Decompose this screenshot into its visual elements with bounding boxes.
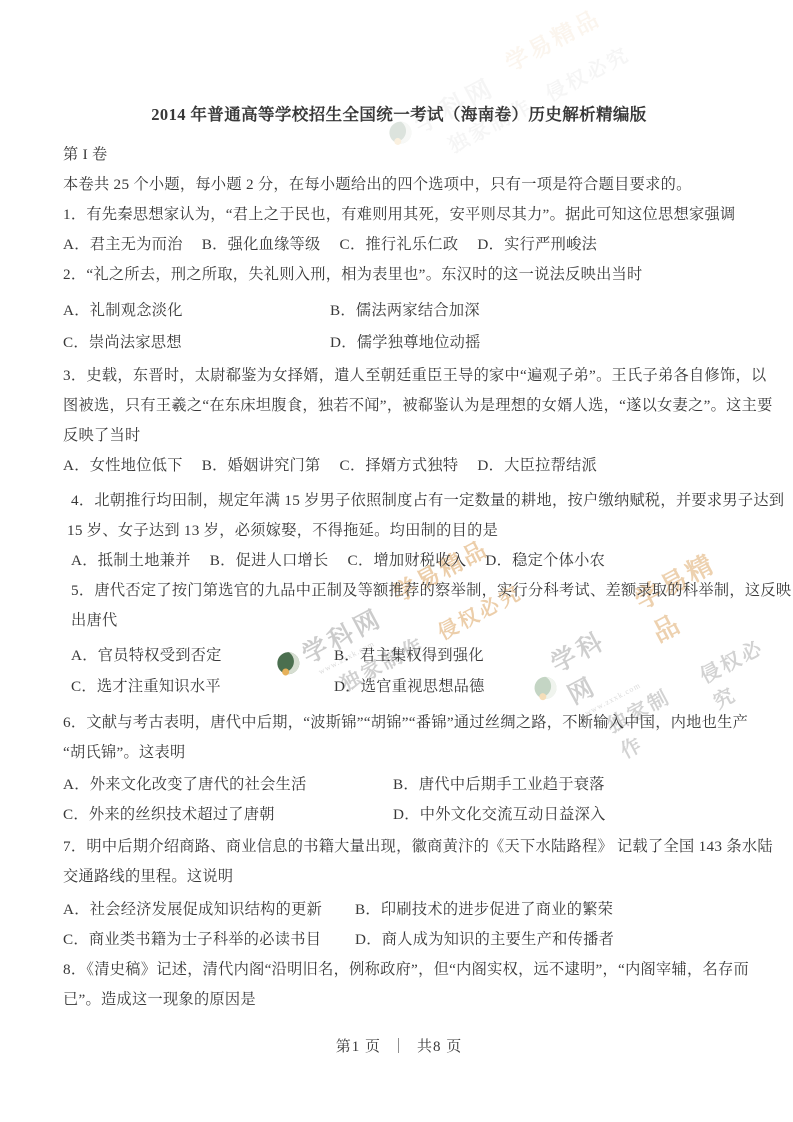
question-stem: 3．史载，东晋时，太尉郗鉴为女择婿，遣人至朝廷重臣王导的家中“遍观子弟”。王氏子… — [63, 361, 735, 391]
question-options: A．社会经济发展促成知识结构的更新 B．印刷技术的进步促进了商业的繁荣 — [63, 895, 735, 925]
question-3: 3．史载，东晋时，太尉郗鉴为女择婿，遣人至朝廷重臣王导的家中“遍观子弟”。王氏子… — [63, 361, 735, 481]
question-stem: 1．有先秦思想家认为，“君上之于民也，有难则用其死，安平则尽其力”。据此可知这位… — [63, 200, 735, 230]
option-b: B．强化血缘等级 — [202, 230, 321, 260]
option-a: A．外来文化改变了唐代的社会生活 — [63, 770, 393, 800]
option-d: D．儒学独尊地位动摇 — [330, 328, 481, 358]
question-stem: 4．北朝推行均田制，规定年满 15 岁男子依照制度占有一定数量的耕地，按户缴纳赋… — [71, 486, 735, 516]
question-5: 5．唐代否定了按门第选官的九品中正制及等额推荐的察举制，实行分科考试、差额录取的… — [63, 576, 735, 702]
option-b: B．促进人口增长 — [210, 546, 329, 576]
option-a: A．女性地位低下 — [63, 451, 183, 481]
option-c: C．选才注重知识水平 — [71, 672, 334, 702]
question-stem: 8．《清史稿》记述，清代内阁“沿明旧名，例称政府”，但“内阁实权，远不逮明”，“… — [63, 955, 735, 985]
question-stem: 15 岁、女子达到 13 岁，必须嫁娶，不得拖延。均田制的目的是 — [67, 516, 735, 546]
option-b: B．印刷技术的进步促进了商业的繁荣 — [355, 895, 613, 925]
option-a: A．社会经济发展促成知识结构的更新 — [63, 895, 355, 925]
question-options: C．崇尚法家思想 D．儒学独尊地位动摇 — [63, 328, 735, 358]
question-4: 4．北朝推行均田制，规定年满 15 岁男子依照制度占有一定数量的耕地，按户缴纳赋… — [63, 486, 735, 576]
option-c: C．增加财税收入 — [348, 546, 467, 576]
option-b: B．唐代中后期手工业趋于衰落 — [393, 770, 605, 800]
question-7: 7．明中后期介绍商路、商业信息的书籍大量出现，徽商黄汴的《天下水陆路程》 记载了… — [63, 832, 735, 955]
option-a: A．官员特权受到否定 — [71, 641, 334, 671]
exam-instructions: 本卷共 25 个小题，每小题 2 分，在每小题给出的四个选项中，只有一项是符合题… — [63, 170, 735, 200]
question-stem: 出唐代 — [71, 606, 735, 636]
option-c: C．商业类书籍为士子科举的必读书目 — [63, 925, 355, 955]
option-c: C．外来的丝织技术超过了唐朝 — [63, 800, 393, 830]
question-options: A．外来文化改变了唐代的社会生活 B．唐代中后期手工业趋于衰落 — [63, 770, 735, 800]
section-heading: 第 I 卷 — [63, 140, 735, 170]
question-stem: 2．“礼之所去，刑之所取，失礼则入刑，相为表里也”。东汉时的这一说法反映出当时 — [63, 260, 735, 290]
question-options: C．选才注重知识水平 D．选官重视思想品德 — [71, 672, 735, 702]
question-stem: 反映了当时 — [63, 421, 735, 451]
question-stem: 7．明中后期介绍商路、商业信息的书籍大量出现，徽商黄汴的《天下水陆路程》 记载了… — [63, 832, 735, 862]
document-body: 2014 年普通高等学校招生全国统一考试（海南卷）历史解析精编版 第 I 卷 本… — [0, 0, 793, 1062]
question-6: 6．文献与考古表明，唐代中后期，“波斯锦”“胡锦”“番锦”通过丝绸之路，不断输入… — [63, 708, 735, 830]
option-b: B．婚姻讲究门第 — [202, 451, 321, 481]
footer-divider: ｜ — [391, 1039, 407, 1055]
question-options: A．抵制土地兼并 B．促进人口增长 C．增加财税收入 D．稳定个体小农 — [71, 546, 735, 576]
question-stem: “胡氏锦”。这表明 — [63, 738, 735, 768]
question-1: 1．有先秦思想家认为，“君上之于民也，有难则用其死，安平则尽其力”。据此可知这位… — [63, 200, 735, 260]
question-2: 2．“礼之所去，刑之所取，失礼则入刑，相为表里也”。东汉时的这一说法反映出当时 … — [63, 260, 735, 358]
question-stem: 5．唐代否定了按门第选官的九品中正制及等额推荐的察举制，实行分科考试、差额录取的… — [71, 576, 735, 606]
option-c: C．推行礼乐仁政 — [340, 230, 459, 260]
question-stem: 6．文献与考古表明，唐代中后期，“波斯锦”“胡锦”“番锦”通过丝绸之路，不断输入… — [63, 708, 735, 738]
option-b: B．君主集权得到强化 — [334, 641, 484, 671]
question-options: A．官员特权受到否定 B．君主集权得到强化 — [71, 641, 735, 671]
option-d: D．大臣拉帮结派 — [477, 451, 597, 481]
option-c: C．崇尚法家思想 — [63, 328, 330, 358]
footer-current-page: 第1 页 — [336, 1039, 381, 1055]
page-title: 2014 年普通高等学校招生全国统一考试（海南卷）历史解析精编版 — [63, 102, 735, 128]
question-stem: 交通路线的里程。这说明 — [63, 862, 735, 892]
footer-total-pages: 共8 页 — [417, 1039, 462, 1055]
option-d: D．中外文化交流互动日益深入 — [393, 800, 606, 830]
option-a: A．君主无为而治 — [63, 230, 183, 260]
question-options: A．女性地位低下 B．婚姻讲究门第 C．择婿方式独特 D．大臣拉帮结派 — [63, 451, 735, 481]
question-options: A．君主无为而治 B．强化血缘等级 C．推行礼乐仁政 D．实行严刑峻法 — [63, 230, 735, 260]
option-d: D．选官重视思想品德 — [334, 672, 485, 702]
option-d: D．稳定个体小农 — [485, 546, 605, 576]
option-d: D．商人成为知识的主要生产和传播者 — [355, 925, 614, 955]
exam-page: 学科网 学易精品 独家制作 侵权必究 学科网 学易精品 www.zxxk.com… — [0, 0, 793, 1122]
question-stem: 已”。造成这一现象的原因是 — [63, 985, 735, 1015]
option-a: A．礼制观念淡化 — [63, 296, 330, 326]
question-8: 8．《清史稿》记述，清代内阁“沿明旧名，例称政府”，但“内阁实权，远不逮明”，“… — [63, 955, 735, 1015]
question-options: C．外来的丝织技术超过了唐朝 D．中外文化交流互动日益深入 — [63, 800, 735, 830]
option-b: B．儒法两家结合加深 — [330, 296, 480, 326]
question-options: A．礼制观念淡化 B．儒法两家结合加深 — [63, 296, 735, 326]
question-options: C．商业类书籍为士子科举的必读书目 D．商人成为知识的主要生产和传播者 — [63, 925, 735, 955]
page-footer: 第1 页｜共8 页 — [63, 1032, 735, 1062]
option-d: D．实行严刑峻法 — [477, 230, 597, 260]
option-c: C．择婿方式独特 — [340, 451, 459, 481]
option-a: A．抵制土地兼并 — [71, 546, 191, 576]
question-stem: 图被选，只有王羲之“在东床坦腹食，独若不闻”，被郗鉴认为是理想的女婿人选，“遂以… — [63, 391, 735, 421]
